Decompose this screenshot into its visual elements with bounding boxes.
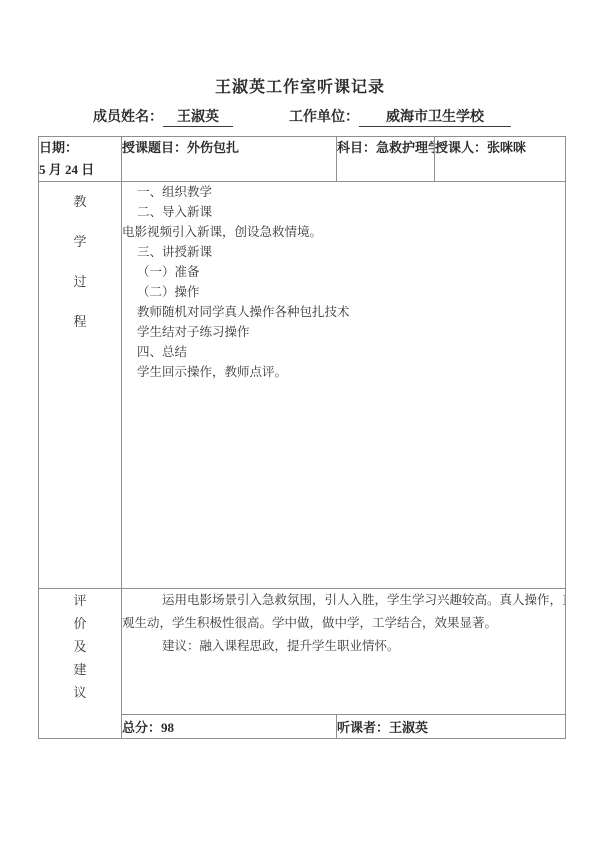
process-line: 学生结对子练习操作 — [122, 322, 565, 342]
lesson-topic-cell: 授课题目：外伤包扎 — [122, 137, 337, 182]
process-line: 四、总结 — [122, 342, 565, 362]
listener-cell: 听课者：王淑英 — [337, 715, 566, 739]
evaluation-line: 观生动，学生积极性很高。学中做，做中学，工学结合，效果显著。 — [122, 612, 565, 635]
eval-label-char: 评 — [39, 589, 121, 612]
page-title: 王淑英工作室听课记录 — [0, 74, 600, 97]
process-line: 三、讲授新课 — [122, 242, 565, 262]
evaluation-label: 评 价 及 建 议 — [39, 589, 122, 739]
record-table: 日期： 5 月 24 日 授课题目：外伤包扎 科目：急救护理学 授课人：张咪咪 … — [38, 136, 566, 739]
eval-label-char: 及 — [39, 635, 121, 658]
total-score-cell: 总分：98 — [122, 715, 337, 739]
process-line: 一、组织教学 — [122, 182, 565, 202]
process-label-char: 程 — [39, 302, 121, 342]
eval-label-char: 价 — [39, 612, 121, 635]
subject-cell: 科目：急救护理学 — [337, 137, 435, 182]
evaluation-content: 运用电影场景引入急救氛围，引人入胜，学生学习兴趣较高。真人操作，直 观生动，学生… — [122, 589, 566, 715]
process-line: 学生回示操作，教师点评。 — [122, 362, 565, 382]
table-header-row: 日期： 5 月 24 日 授课题目：外伤包扎 科目：急救护理学 授课人：张咪咪 — [39, 137, 566, 182]
process-line: 二、导入新课 — [122, 202, 565, 222]
date-value: 5 月 24 日 — [39, 159, 121, 181]
process-label-char: 学 — [39, 222, 121, 262]
eval-label-char: 议 — [39, 681, 121, 704]
process-line: 电影视频引入新课，创设急救情境。 — [122, 222, 565, 242]
teaching-process-label: 教 学 过 程 — [39, 182, 122, 589]
document-page: 王淑英工作室听课记录 成员姓名：王淑英工作单位：威海市卫生学校 日期： 5 月 … — [0, 0, 600, 849]
work-unit-label: 工作单位： — [289, 110, 359, 125]
member-info-line: 成员姓名：王淑英工作单位：威海市卫生学校 — [93, 106, 511, 127]
member-name-value: 王淑英 — [163, 106, 233, 127]
process-line: （二）操作 — [122, 282, 565, 302]
process-label-char: 教 — [39, 182, 121, 222]
member-name-label: 成员姓名： — [93, 110, 163, 125]
date-label: 日期： — [39, 137, 121, 159]
teacher-cell: 授课人：张咪咪 — [435, 137, 566, 182]
process-label-char: 过 — [39, 262, 121, 302]
evaluation-line: 建议：融入课程思政，提升学生职业情怀。 — [122, 635, 565, 658]
evaluation-line: 运用电影场景引入急救氛围，引人入胜，学生学习兴趣较高。真人操作，直 — [122, 589, 565, 612]
eval-label-char: 建 — [39, 658, 121, 681]
teaching-process-content: 一、组织教学 二、导入新课 电影视频引入新课，创设急救情境。 三、讲授新课 （一… — [122, 182, 566, 589]
process-line: （一）准备 — [122, 262, 565, 282]
teaching-process-row: 教 学 过 程 一、组织教学 二、导入新课 电影视频引入新课，创设急救情境。 三… — [39, 182, 566, 589]
work-unit-value: 威海市卫生学校 — [359, 106, 511, 127]
evaluation-row: 评 价 及 建 议 运用电影场景引入急救氛围，引人入胜，学生学习兴趣较高。真人操… — [39, 589, 566, 715]
date-cell: 日期： 5 月 24 日 — [39, 137, 122, 182]
process-line: 教师随机对同学真人操作各种包扎技术 — [122, 302, 565, 322]
